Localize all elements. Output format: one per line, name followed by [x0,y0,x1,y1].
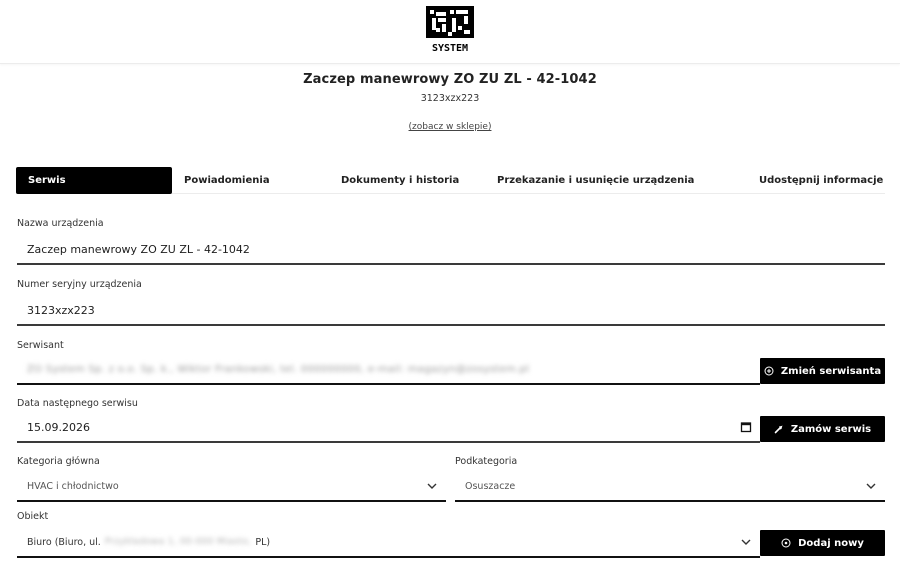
tab-serwis[interactable]: Serwis [16,167,172,194]
svg-text:SYSTEM: SYSTEM [432,43,468,54]
main-category-value: HVAC i chłodnictwo [27,481,119,492]
servicer-label: Serwisant [17,340,64,351]
app-header: SYSTEM [0,0,900,64]
tab-dokumenty-i-historia[interactable]: Dokumenty i historia [284,167,485,194]
object-value-prefix: Biuro (Biuro, ul. [27,537,101,548]
main-category-label: Kategoria główna [17,456,100,467]
device-serial: 3123xzx223 [0,93,900,104]
order-service-button[interactable]: Zamów serwis [760,416,885,442]
object-value-suffix: PL) [255,537,270,548]
main-category-select[interactable]: HVAC i chłodnictwo [17,472,446,502]
plus-circle-icon [764,366,774,376]
change-servicer-label: Zmień serwisanta [781,366,881,377]
object-label: Obiekt [17,511,48,522]
device-name-label: Nazwa urządzenia [17,218,104,229]
chevron-down-icon [865,480,877,492]
tab-udostepnij-informacje[interactable]: Udostępnij informacje [725,167,885,194]
chevron-down-icon [740,536,752,548]
servicer-value-redacted: ZO System Sp. z o.o. Sp. k., Wiktor Fran… [27,364,529,375]
serial-number-input[interactable]: 3123xzx223 [17,296,885,326]
servicer-input[interactable]: ZO System Sp. z o.o. Sp. k., Wiktor Fran… [17,355,760,385]
subcategory-select[interactable]: Osuszacze [455,472,885,502]
object-value-redacted: Przykładowa 1, 00-000 Miasto, [105,537,252,547]
subcategory-value: Osuszacze [465,481,515,492]
system-logo-icon[interactable]: SYSTEM [424,4,476,56]
device-name-value: Zaczep manewrowy ZO ZU ZL - 42-1042 [27,243,250,256]
tab-bar: Serwis Powiadomienia Dokumenty i histori… [16,167,885,194]
serial-number-label: Numer seryjny urządzenia [17,279,142,290]
add-new-object-button[interactable]: Dodaj nowy [760,530,885,556]
plus-circle-icon [781,538,791,548]
next-service-date-input[interactable]: 15.09.2026 [17,413,760,443]
device-name-input[interactable]: Zaczep manewrowy ZO ZU ZL - 42-1042 [17,235,885,265]
view-in-shop-link[interactable]: (zobacz w sklepie) [0,122,900,132]
tab-powiadomienia[interactable]: Powiadomienia [172,167,284,194]
tab-przekazanie-i-usuniecie[interactable]: Przekazanie i usunięcie urządzenia [485,167,725,194]
subcategory-label: Podkategoria [455,456,517,467]
device-title: Zaczep manewrowy ZO ZU ZL - 42-1042 [0,72,900,87]
next-service-date-value: 15.09.2026 [27,421,90,434]
chevron-down-icon [426,480,438,492]
object-select[interactable]: Biuro (Biuro, ul. Przykładowa 1, 00-000 … [17,528,760,558]
serial-number-value: 3123xzx223 [27,304,95,317]
calendar-icon[interactable] [740,421,752,433]
change-servicer-button[interactable]: Zmień serwisanta [760,358,885,384]
add-new-object-label: Dodaj nowy [798,538,864,549]
next-service-label: Data następnego serwisu [17,398,138,409]
wrench-icon [774,424,784,434]
order-service-label: Zamów serwis [791,424,871,435]
